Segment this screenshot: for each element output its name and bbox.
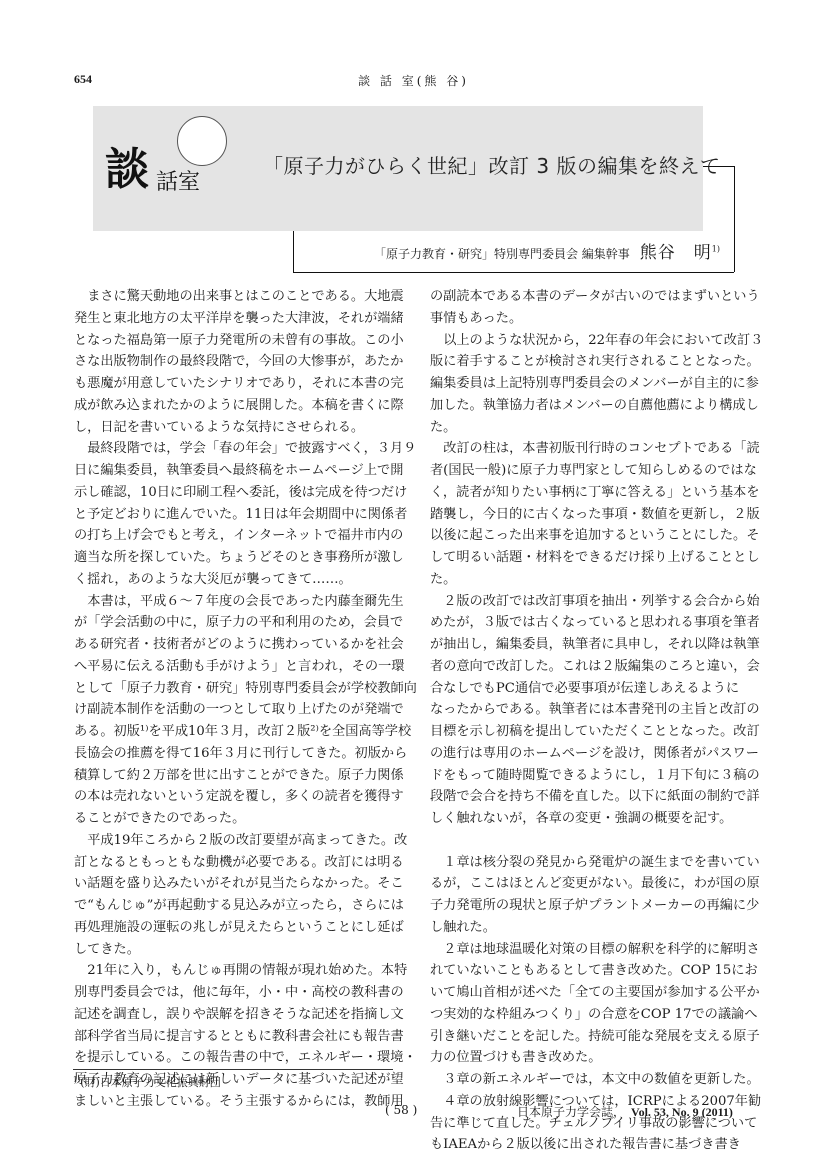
- text-line: 者の意向で改訂した。これは２版編集のころと違い，会: [430, 656, 756, 678]
- text-line: ることができたのであった。: [74, 808, 400, 830]
- text-line: して明るい話題・材料をできるだけ採り上げることとし: [430, 547, 756, 569]
- text-line: さな出版物制作の最終段階で，今回の大惨事が，あたか: [74, 351, 400, 373]
- text-line: 改訂の柱は，本書初版刊行時のコンセプトである「読: [430, 438, 756, 460]
- text-line: 積算して約２万部を世に出すことができた。原子力関係: [74, 765, 400, 787]
- text-line: まさに驚天動地の出来事とはこのことである。大地震: [74, 286, 400, 308]
- journal-volume: Vol. 53, No. 9 (2011): [631, 1105, 733, 1119]
- journal-reference: 日本原子力学会誌， Vol. 53, No. 9 (2011): [517, 1103, 733, 1120]
- text-line: 版に着手することが検討され実行されることとなった。: [430, 351, 756, 373]
- text-line: 本書は，平成６～７年度の会長であった内藤奎爾先生: [74, 591, 400, 613]
- footnote-text: (財)日本原子力文化振興財団: [80, 1076, 221, 1089]
- text-line: 最終段階では，学会「春の年会」で披露すべく，３月９: [74, 438, 400, 460]
- text-line: が抽出し，編集委員，執筆者に具申し，それ以降は執筆: [430, 634, 756, 656]
- text-line: 日に編集委員，執筆委員へ最終稿をホームページ上で開: [74, 460, 400, 482]
- byline: 「原子力教育・研究」特別専門委員会 編集幹事熊谷 明1): [300, 238, 720, 263]
- text-line: い話題を盛り込みたいがそれが見当たらなかった。そこ: [74, 873, 400, 895]
- text-line: れていないこともあるとして書き改めた。COP 15にお: [430, 960, 756, 982]
- text-line: しく触れないが，各章の変更・強調の概要を記す。: [430, 808, 756, 830]
- body-column-right: の副読本である本書のデータが古いのではまずいという事情もあった。以上のような状況…: [430, 286, 756, 1156]
- journal-name: 日本原子力学会誌，: [517, 1105, 619, 1119]
- page-footer: ( 58 ) 日本原子力学会誌， Vol. 53, No. 9 (2011): [0, 1103, 827, 1123]
- text-line: の副読本である本書のデータが古いのではまずいという: [430, 286, 756, 308]
- text-line: し触れた。: [430, 917, 756, 939]
- text-line: してきた。: [74, 939, 400, 961]
- text-line: 踏襲し，今日的に古くなった事項・数値を更新し，２版: [430, 504, 756, 526]
- text-line: く，読者が知りたい事柄に丁寧に答える」という基本を: [430, 482, 756, 504]
- body-column-left: まさに驚天動地の出来事とはこのことである。大地震発生と東北地方の太平洋岸を襲った…: [74, 286, 400, 1113]
- text-line: の本は売れないという定説を覆し，多くの読者を獲得す: [74, 786, 400, 808]
- running-title: 談 話 室(熊 谷): [0, 72, 827, 89]
- bracket-line-right: [734, 166, 735, 272]
- text-line: 適当な所を探していた。ちょうどそのとき事務所が激し: [74, 547, 400, 569]
- text-line: 子力発電所の現状と原子炉プラントメーカーの再編に少: [430, 895, 756, 917]
- text-line: 段階で会合を持ち不備を直した。以下に紙面の制約で詳: [430, 786, 756, 808]
- circle-ornament-icon: [177, 116, 227, 166]
- text-line: ２版の改訂では改訂事項を抽出・列挙する会合から始: [430, 591, 756, 613]
- text-line: なったからである。執筆者には本書発刊の主旨と改訂の: [430, 699, 756, 721]
- footnote-divider: [73, 1069, 393, 1070]
- footnote: 1)(財)日本原子力文化振興財団: [73, 1074, 221, 1090]
- text-line: ある。初版¹⁾を平成10年３月，改訂２版²⁾を全国高等学校: [74, 721, 400, 743]
- text-line: 以後に起こった出来事を追加するということにした。そ: [430, 525, 756, 547]
- text-line: が「学会活動の中に，原子力の平和利用のため，会員で: [74, 612, 400, 634]
- text-line: いて鳩山首相が述べた「全ての主要国が参加する公平か: [430, 982, 756, 1004]
- running-head: 654 談 話 室(熊 谷): [0, 72, 827, 92]
- text-line: 再処理施設の運転の兆しが見えたらということにし延ば: [74, 917, 400, 939]
- author-footnote-mark: 1): [712, 245, 720, 254]
- text-line: ３章の新エネルギーでは，本文中の数値を更新した。: [430, 1069, 756, 1091]
- text-line: 訂となるともっともな動機が必要である。改訂には明る: [74, 852, 400, 874]
- text-line: １章は核分裂の発見から発電炉の誕生までを書いてい: [430, 852, 756, 874]
- text-line: 目標を示し初稿を提出していただくこととなった。改訂: [430, 721, 756, 743]
- text-line: 加した。執筆協力者はメンバーの自薦他薦により構成し: [430, 395, 756, 417]
- text-line: く揺れ，あのような大災厄が襲ってきて……。: [74, 569, 400, 591]
- text-line: めたが，３版では古くなっていると思われる事項を筆者: [430, 612, 756, 634]
- article-banner: 談 話室 「原子力がひらく世紀」改訂 3 版の編集を終えて: [93, 106, 703, 231]
- text-line: 編集委員は上記特別専門委員会のメンバーが自主的に参: [430, 373, 756, 395]
- text-line: た。: [430, 417, 756, 439]
- text-line: となった福島第一原子力発電所の未曾有の事故。この小: [74, 330, 400, 352]
- text-line: 者(国民一般)に原子力専門家として知らしめるのではな: [430, 460, 756, 482]
- author-affiliation: 「原子力教育・研究」特別専門委員会 編集幹事: [374, 247, 630, 261]
- text-line: つ実効的な枠組みつくり」の合意をCOP 17での議論へ: [430, 1004, 756, 1026]
- paragraph-spacer: [430, 830, 756, 852]
- text-line: 事情もあった。: [430, 308, 756, 330]
- text-line: 部科学省当局に提言するとともに教科書会社にも報告書: [74, 1026, 400, 1048]
- bracket-line-top: [703, 166, 734, 167]
- text-line: 別専門委員会では，他に毎年，小・中・高校の教科書の: [74, 982, 400, 1004]
- text-line: として「原子力教育・研究」特別専門委員会が学校教師向: [74, 678, 400, 700]
- bracket-line-bottom: [293, 272, 734, 273]
- text-line: 力の位置づけも書き改めた。: [430, 1047, 756, 1069]
- text-line: もIAEAから２版以後に出された報告書に基づき書き: [430, 1134, 756, 1156]
- text-line: 成が飲み込まれたかのように展開した。本稿を書くに際: [74, 395, 400, 417]
- author-name: 熊谷 明: [640, 243, 712, 263]
- text-line: も悪魔が用意していたシナリオであり，それに本書の完: [74, 373, 400, 395]
- text-line: ドをもって随時閲覧できるようにし，１月下旬に３稿の: [430, 765, 756, 787]
- text-line: 記述を調査し，誤りや誤解を招きそうな記述を指摘し文: [74, 1004, 400, 1026]
- text-line: 以上のような状況から，22年春の年会において改訂３: [430, 330, 756, 352]
- text-line: 示し確認，10日に印刷工程へ委託，後は完成を待つだけ: [74, 482, 400, 504]
- text-line: の進行は専用のホームページを設け，関係者がパスワー: [430, 743, 756, 765]
- text-line: ある研究者・技術者がどのように携わっているかを社会: [74, 634, 400, 656]
- text-line: 平成19年ころから２版の改訂要望が高まってきた。改: [74, 830, 400, 852]
- article-title: 「原子力がひらく世紀」改訂 3 版の編集を終えて: [263, 154, 720, 178]
- bracket-line-left: [293, 231, 294, 272]
- text-line: と予定どおりに進んでいた。11日は年会期間中に関係者: [74, 504, 400, 526]
- column-logo-small: 話室: [156, 172, 200, 194]
- page-number-bottom: ( 58 ): [385, 1103, 417, 1117]
- text-line: た。: [430, 569, 756, 591]
- text-line: るが，ここはほとんど変更がない。最後に，わが国の原: [430, 873, 756, 895]
- text-line: 引き継いだことを記した。持続可能な発展を支える原子: [430, 1026, 756, 1048]
- text-line: け副読本制作を活動の一つとして取り上げたのが発端で: [74, 699, 400, 721]
- text-line: の打ち上げ会でもと考え，インターネットで福井市内の: [74, 525, 400, 547]
- text-line: 21年に入り，もんじゅ再開の情報が現れ始めた。本特: [74, 960, 400, 982]
- text-line: 長協会の推薦を得て16年３月に刊行してきた。初版から: [74, 743, 400, 765]
- text-line: へ平易に伝える活動も手がけよう」と言われ，その一環: [74, 656, 400, 678]
- column-logo-big: 談: [105, 148, 149, 192]
- text-line: で“もんじゅ”が再起動する見込みが立ったら，さらには: [74, 895, 400, 917]
- text-line: 合なしでもPC通信で必要事項が伝達しあえるように: [430, 678, 756, 700]
- text-line: 発生と東北地方の太平洋岸を襲った大津波，それが端緒: [74, 308, 400, 330]
- text-line: を提示している。この報告書の中で，エネルギー・環境・: [74, 1047, 400, 1069]
- text-line: ２章は地球温暖化対策の目標の解釈を科学的に解明さ: [430, 939, 756, 961]
- text-line: し，日記を書いているような気持にさせられる。: [74, 417, 400, 439]
